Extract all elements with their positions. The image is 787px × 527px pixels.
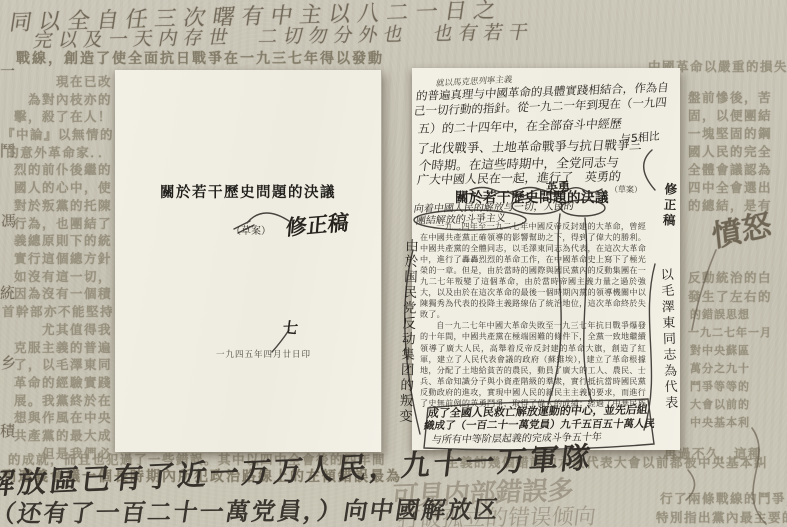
- bg-print-fragment: 的錯誤思想: [690, 306, 750, 322]
- revision-note-handwritten: 修正稿: [659, 182, 679, 229]
- insertion-mark-seven: 七: [282, 316, 299, 339]
- bg-print-fragment: 首幹部亦不能堅持: [2, 302, 112, 320]
- bg-print-line: 戰線，創造了使全面抗日戰爭在一九三七年得以發動: [16, 48, 384, 68]
- bg-print-fragment: 革命的經驗實踐: [2, 373, 112, 391]
- bg-print-fragment: 義總原則下的統: [2, 231, 112, 249]
- bg-print-fragment: 烈的前仆後繼的: [2, 160, 112, 178]
- bg-print-fragment: 反動統治的白: [688, 268, 772, 286]
- bg-print-fragment: 實行這個總方針: [2, 249, 112, 267]
- bg-print-fragment: 擊，殺了在人！: [2, 107, 112, 125]
- bg-print-fragment: 尤其值得我: [2, 320, 112, 338]
- bg-print-fragment: 因為沒有一個積: [2, 284, 112, 302]
- bg-print-fragment: 萬分之九十: [690, 360, 750, 376]
- revision-note-handwritten: 修正稿: [285, 206, 350, 242]
- bg-print-fragment: 一九二七年一月: [688, 324, 772, 340]
- bg-print-fragment: 展。我黨終於在: [2, 391, 112, 409]
- bg-print-fragment: 行為，也團結了: [2, 214, 112, 232]
- bg-print-fragment: 現在已改: [2, 72, 112, 90]
- bg-print-fragment: 『中論』以無情的: [2, 125, 112, 143]
- bg-print-fragment: 了，以毛澤東同: [2, 355, 112, 373]
- bg-print-fragment: 發生了左右的: [688, 287, 772, 305]
- bg-print-fragment: 盤前慘後，苦: [688, 88, 772, 106]
- body-text: 一九二四年至一九二七年中國反帝反封建的大革命，曾經在中國共產黨正確領導的影響幫助…: [420, 221, 646, 407]
- bg-print-fragment: 全體會議認為: [688, 160, 772, 178]
- document-cover-page: [115, 70, 382, 452]
- bg-print-fragment: 國人民的完全: [688, 142, 772, 160]
- draft-label: （草案）: [610, 184, 642, 195]
- bg-print-fragment: 國人的心中，使: [2, 178, 112, 196]
- archival-document-photo: 同以全自任三次曙有中主以八二一日之 完以及一天内存世 二切勿分外也 也有若干 戰…: [0, 0, 787, 527]
- bg-print-fragment: 中央基本利: [690, 414, 750, 430]
- body-paragraph: 自一九二七年中國大革命失敗至一九三七年抗日戰爭爆發的十年間，中國共產黨在極端困難…: [420, 320, 646, 407]
- bg-print-fragment: 為對內枝亦的: [2, 90, 112, 108]
- bg-print-fragment: 對於叛黨的托陳: [2, 196, 112, 214]
- bg-print-fragment: 共產黨的最大成: [2, 426, 112, 444]
- body-paragraph: 一九二四年至一九二七年中國反帝反封建的大革命，曾經在中國共產黨正確領導的影響幫助…: [420, 221, 646, 320]
- draft-label: （草案）: [231, 222, 271, 237]
- bg-print-fragment: 對中央蘇區: [690, 342, 750, 358]
- bg-print-fragment: 如沒有這一切，: [2, 267, 112, 285]
- bg-print-fragment: 的意外革命家．．: [2, 143, 112, 161]
- handwritten-note-line: 广大中國人民在一起，進行了 英勇的: [416, 167, 622, 188]
- bg-print-fragment: 克服主義的普遍: [2, 338, 112, 356]
- bg-print-fragment: 一塊堅固的鋼: [688, 124, 772, 142]
- bg-print-fragment: 想與作風在中央: [2, 408, 112, 426]
- bg-print-fragment: 固，以便團結: [688, 106, 772, 124]
- print-date-line: 一九四五年四月廿日印: [216, 348, 311, 360]
- bg-print-fragment: 四中全會選出: [688, 178, 772, 196]
- bg-scrawl-line: （还有了一百二十一萬党員，）向中國解放区: [0, 490, 503, 527]
- bg-print-fragment: 行了兩條戰線的鬥爭，提: [660, 489, 787, 507]
- bg-print-fragment: 大會以前的: [690, 396, 750, 412]
- bg-print-fragment: 鬥爭等等的: [690, 378, 750, 394]
- bg-print-fragment: 特別指出黨內最主要的危險: [656, 508, 787, 526]
- page-title: 關於若干歷史問題的決議: [115, 181, 381, 202]
